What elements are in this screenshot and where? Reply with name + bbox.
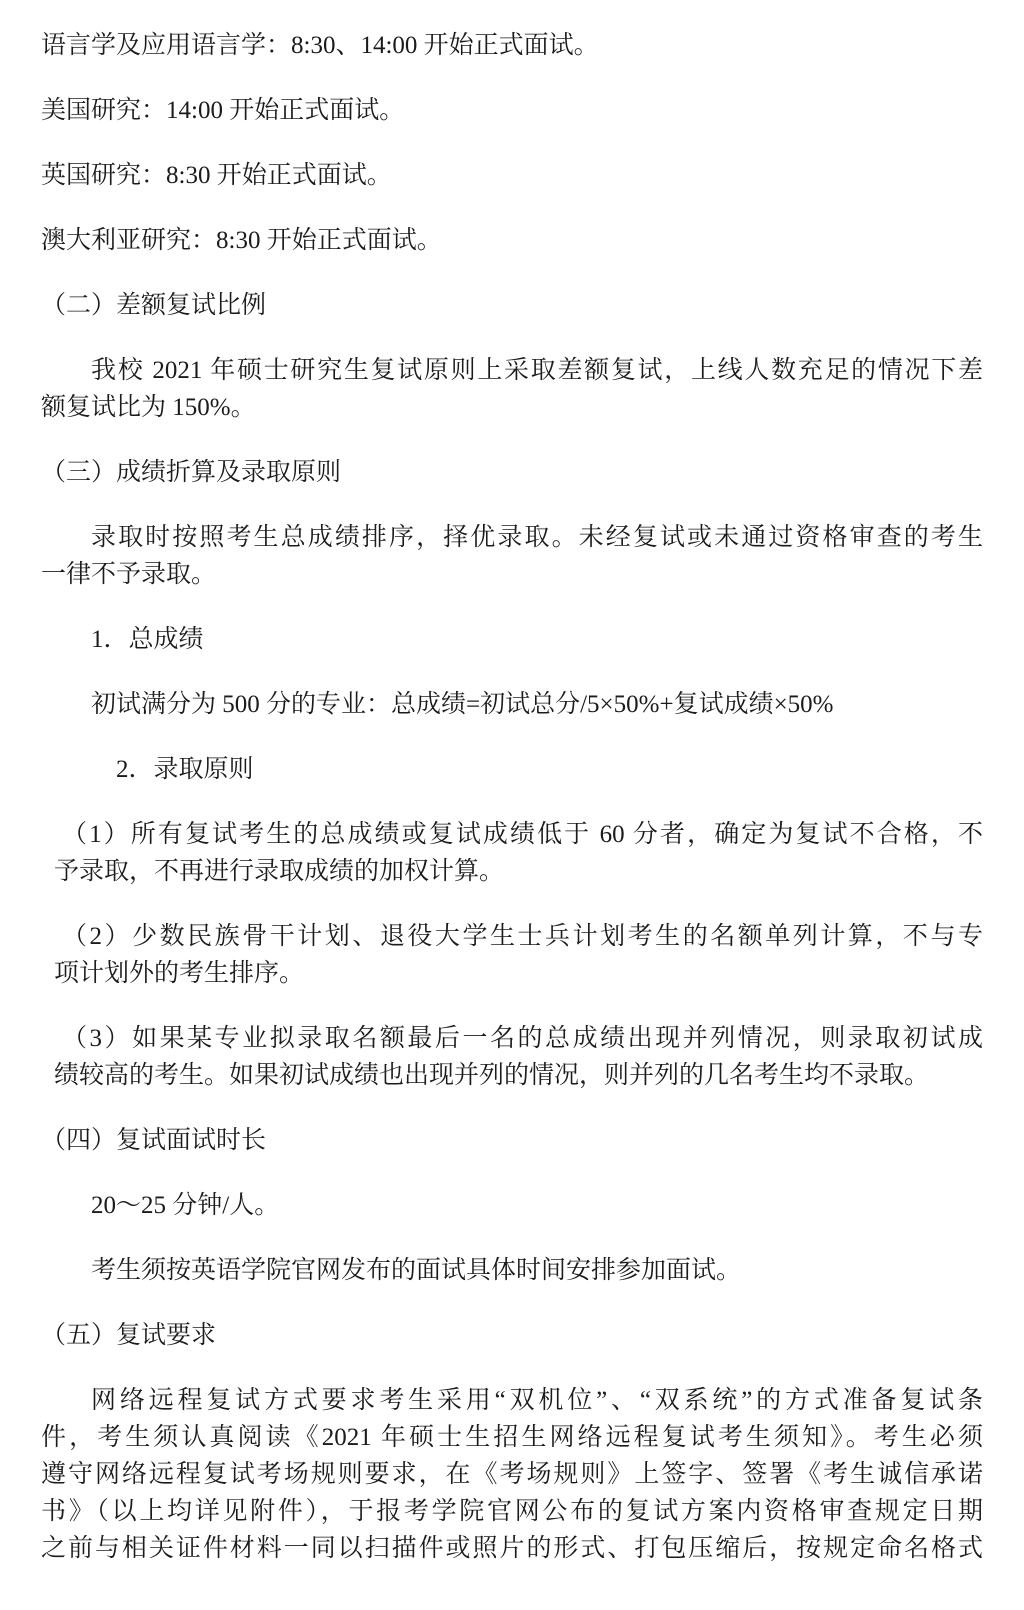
- principle-1-paragraph: （1）所有复试考生的总成绩或复试成绩低于 60 分者，确定为复试不合格，不 予录…: [41, 816, 983, 890]
- heading-interview-requirements: （五）复试要求: [41, 1317, 983, 1354]
- schedule-american-studies: 美国研究：14:00 开始正式面试。: [41, 92, 983, 129]
- schedule-line-british-studies: 英国研究：8:30 开始正式面试。: [41, 157, 983, 194]
- schedule-australian-studies: 澳大利亚研究：8:30 开始正式面试。: [41, 222, 983, 259]
- remote-interview-paragraph: 网络远程复试方式要求考生采用“双机位”、“双系统”的方式准备复试条 件，考生须认…: [41, 1382, 983, 1567]
- principle-2-paragraph: （2）少数民族骨干计划、退役大学生士兵计划考生的名额单列计算，不与专 项计划外的…: [41, 918, 983, 992]
- section-two-paragraph: 我校 2021 年硕士研究生复试原则上采取差额复试，上线人数充足的情况下差 额复…: [41, 352, 983, 426]
- remote-interview-line-5: 之前与相关证件材料一同以扫描件或照片的形式、打包压缩后，按规定命名格式: [41, 1530, 983, 1567]
- heading-interview-duration: （四）复试面试时长: [41, 1122, 983, 1159]
- schedule-linguistics: 语言学及应用语言学：8:30、14:00 开始正式面试。: [41, 27, 983, 64]
- principle-3-paragraph: （3）如果某专业拟录取名额最后一名的总成绩出现并列情况，则录取初试成 绩较高的考…: [41, 1020, 983, 1094]
- ratio-paragraph-line-2: 额复试比为 150%。: [41, 389, 983, 426]
- admission-rule-line-1: 录取时按照考生总成绩排序，择优录取。未经复试或未通过资格审查的考生: [41, 519, 983, 556]
- schedule-notice-line: 考生须按英语学院官网发布的面试具体时间安排参加面试。: [41, 1252, 983, 1289]
- item-admission-principles-title: 2．录取原则: [41, 751, 983, 788]
- duration-paragraph: 20～25 分钟/人。: [41, 1187, 983, 1224]
- section-three-heading: （三）成绩折算及录取原则: [41, 454, 983, 491]
- item-total-score-title: 1．总成绩: [41, 621, 983, 658]
- remote-interview-line-1: 网络远程复试方式要求考生采用“双机位”、“双系统”的方式准备复试条: [41, 1382, 983, 1419]
- section-five-heading: （五）复试要求: [41, 1317, 983, 1354]
- principle-3-line-1: （3）如果某专业拟录取名额最后一名的总成绩出现并列情况，则录取初试成: [54, 1020, 983, 1057]
- schedule-line-linguistics: 语言学及应用语言学：8:30、14:00 开始正式面试。: [41, 27, 983, 64]
- schedule-notice-paragraph: 考生须按英语学院官网发布的面试具体时间安排参加面试。: [41, 1252, 983, 1289]
- remote-interview-line-3: 遵守网络远程复试考场规则要求，在《考场规则》上签字、签署《考生诚信承诺: [41, 1456, 983, 1493]
- admission-rule-paragraph: 录取时按照考生总成绩排序，择优录取。未经复试或未通过资格审查的考生 一律不予录取…: [41, 519, 983, 593]
- section-four-heading: （四）复试面试时长: [41, 1122, 983, 1159]
- ratio-paragraph-line-1: 我校 2021 年硕士研究生复试原则上采取差额复试，上线人数充足的情况下差: [41, 352, 983, 389]
- principle-1-line-2: 予录取，不再进行录取成绩的加权计算。: [54, 853, 983, 890]
- score-formula-paragraph: 初试满分为 500 分的专业：总成绩=初试总分/5×50%+复试成绩×50%: [41, 686, 983, 723]
- section-two-heading: （二）差额复试比例: [41, 287, 983, 324]
- heading-differential-ratio: （二）差额复试比例: [41, 287, 983, 324]
- principle-2-line-2: 项计划外的考生排序。: [54, 955, 983, 992]
- admission-rule-line-2: 一律不予录取。: [41, 556, 983, 593]
- document-page: 语言学及应用语言学：8:30、14:00 开始正式面试。 美国研究：14:00 …: [0, 0, 1024, 1610]
- schedule-line-australian-studies: 澳大利亚研究：8:30 开始正式面试。: [41, 222, 983, 259]
- score-formula-line: 初试满分为 500 分的专业：总成绩=初试总分/5×50%+复试成绩×50%: [41, 686, 983, 723]
- principle-1-line-1: （1）所有复试考生的总成绩或复试成绩低于 60 分者，确定为复试不合格，不: [54, 816, 983, 853]
- heading-score-conversion: （三）成绩折算及录取原则: [41, 454, 983, 491]
- schedule-line-american-studies: 美国研究：14:00 开始正式面试。: [41, 92, 983, 129]
- duration-line: 20～25 分钟/人。: [41, 1187, 983, 1224]
- principle-3-line-2: 绩较高的考生。如果初试成绩也出现并列的情况，则并列的几名考生均不录取。: [54, 1057, 983, 1094]
- item-admission-principles: 2．录取原则: [41, 751, 983, 788]
- document-content: 语言学及应用语言学：8:30、14:00 开始正式面试。 美国研究：14:00 …: [0, 0, 1024, 1610]
- principle-2-line-1: （2）少数民族骨干计划、退役大学生士兵计划考生的名额单列计算，不与专: [54, 918, 983, 955]
- item-total-score: 1．总成绩: [41, 621, 983, 658]
- remote-interview-line-4: 书》（以上均详见附件），于报考学院官网公布的复试方案内资格审查规定日期: [41, 1493, 983, 1530]
- schedule-british-studies: 英国研究：8:30 开始正式面试。: [41, 157, 983, 194]
- remote-interview-line-2: 件，考生须认真阅读《2021 年硕士生招生网络远程复试考生须知》。考生必须: [41, 1419, 983, 1456]
